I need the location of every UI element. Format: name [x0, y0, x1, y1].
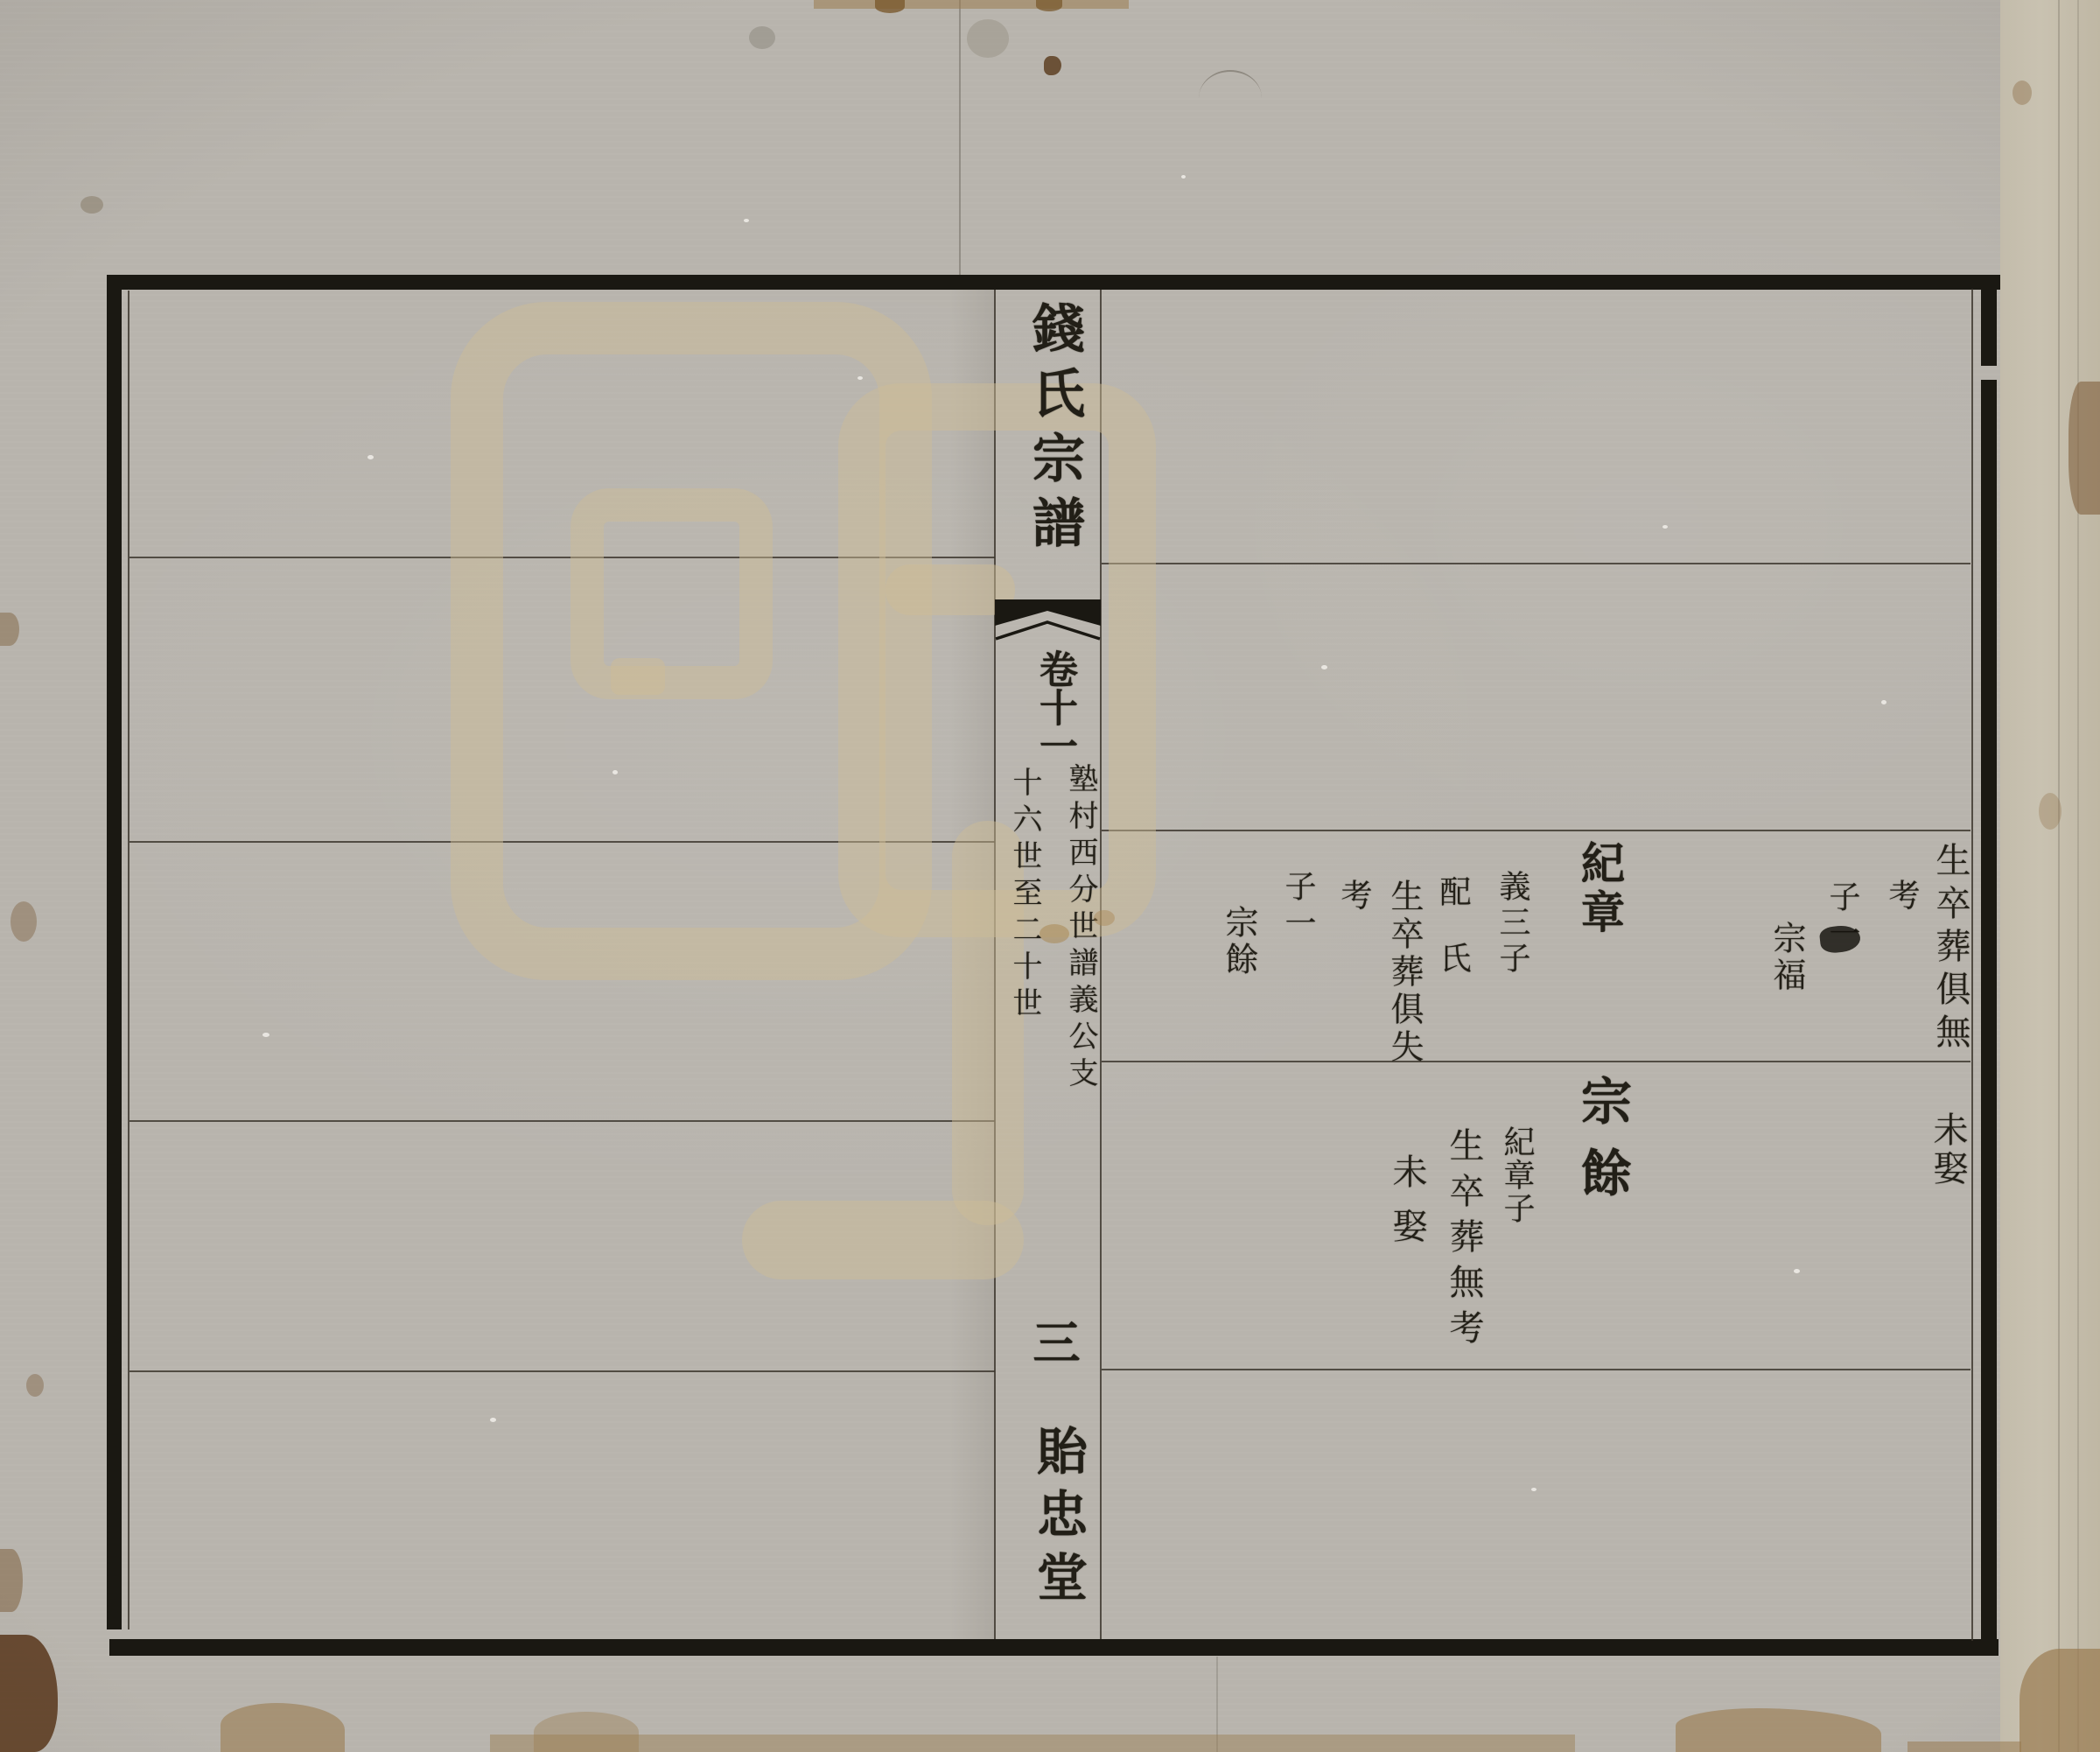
entry-lineage: 紀章子 [1494, 1125, 1539, 1225]
entry-kao: 考 [1879, 879, 1924, 910]
paper-speck [1181, 175, 1186, 179]
stain [534, 1712, 639, 1752]
stain [814, 0, 1129, 9]
row-line [1102, 1061, 1970, 1062]
frame-border-right [1981, 380, 1997, 1656]
entry-birth-note: 生卒葬俱失 [1381, 879, 1429, 1067]
fishtail-ornament [995, 598, 1101, 652]
stain [80, 196, 103, 214]
entry-son-name: 宗福 [1763, 921, 1811, 994]
row-line [129, 1120, 995, 1122]
stain [1039, 924, 1069, 943]
paper-speck [490, 1418, 496, 1422]
hall-name: 貽忠堂 [1021, 1425, 1095, 1614]
paper-speck [744, 219, 749, 222]
row-line [129, 1370, 995, 1372]
entry-son-name: 宗餘 [1215, 905, 1263, 978]
row-line [1102, 1369, 1970, 1370]
book-title: 錢氏宗譜 [1017, 301, 1092, 560]
frame-border-top [107, 275, 2000, 290]
entry-birth-note: 生卒葬無考 [1439, 1127, 1489, 1355]
entry-marriage-note: 未娶 [1382, 1153, 1432, 1262]
stain [2012, 81, 2032, 105]
stain [0, 613, 19, 646]
entry-lineage: 義三子 [1490, 870, 1535, 978]
entry-birth-note: 生卒葬俱無 [1926, 842, 1976, 1056]
stain [26, 1374, 44, 1397]
book-fore-edge [2000, 0, 2100, 1752]
page-number: 三 [1020, 1318, 1088, 1365]
entry-sons-count: 子一 [1276, 870, 1320, 943]
stain [1094, 910, 1115, 926]
paper-speck [1881, 700, 1886, 704]
entry-name: 宗餘 [1565, 1075, 1639, 1218]
paper-speck [1531, 1488, 1536, 1491]
paper-speck [367, 455, 374, 459]
stain [0, 1549, 23, 1612]
stain [1907, 1741, 2021, 1752]
paper-speck [1794, 1269, 1800, 1273]
row-line [1102, 830, 1970, 831]
entry-spouse: 配氏 [1431, 875, 1475, 1008]
stain [2019, 1649, 2100, 1752]
stain [490, 1734, 1575, 1752]
entry-marriage-note: 未娶 [1923, 1111, 1973, 1188]
entry-kao: 考 [1332, 879, 1376, 910]
entry-name: 紀章 [1568, 840, 1631, 938]
stain [1036, 0, 1062, 11]
generation-range: 十六世至二十世 [1004, 767, 1046, 1024]
stain [10, 901, 37, 942]
frame-inner-line-left [128, 291, 129, 1629]
stain [875, 0, 905, 13]
scanned-genealogy-spread: 錢氏宗譜 卷十一 塾村西分世譜義公支 十六世至二十世 三 貽忠堂 生卒葬俱無 考… [0, 0, 2100, 1752]
watermark-glyph [742, 1201, 1024, 1279]
paper-speck [1321, 665, 1327, 669]
stain [2068, 382, 2100, 515]
fold-crease-top [959, 0, 961, 277]
volume-label: 卷十一 [1026, 649, 1082, 765]
page-edge-line [2077, 0, 2079, 1752]
watermark-glyph [611, 658, 665, 695]
frame-border-bottom [109, 1639, 1998, 1656]
frame-border-left [107, 275, 122, 1629]
paper-speck [262, 1033, 269, 1037]
stain [749, 26, 775, 49]
paper-speck [1662, 525, 1668, 529]
stain [967, 19, 1009, 58]
stain [2039, 793, 2061, 830]
row-line [1102, 563, 1970, 564]
frame-border-right [1981, 278, 1997, 366]
watermark-glyph [570, 488, 773, 699]
page-edge-line [2058, 0, 2060, 1752]
